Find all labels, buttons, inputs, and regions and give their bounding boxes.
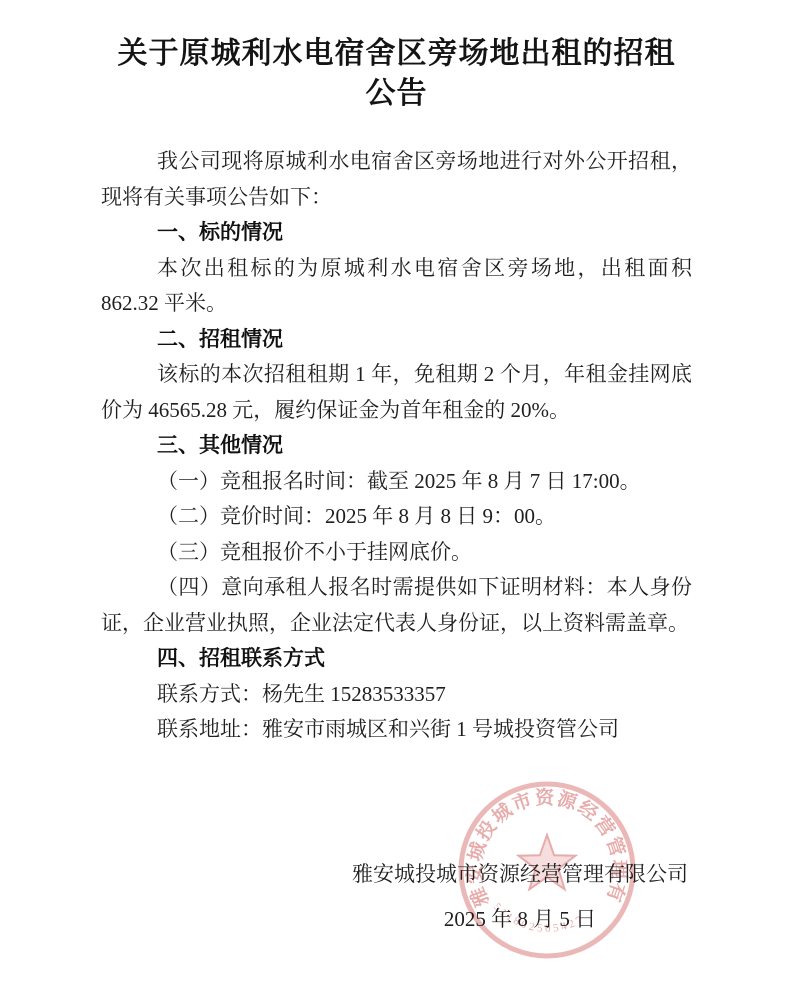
announcement-body: 关于原城利水电宿舍区旁场地出租的招租 公告 我公司现将原城利水电宿舍区旁场地进行…	[101, 34, 692, 748]
contact-address: 联系地址：雅安市雨城区和兴街 1 号城投资管公司	[101, 712, 692, 748]
section1-paragraph: 本次出租标的为原城利水电宿舍区旁场地，出租面积 862.32 平米。	[101, 251, 692, 322]
contact-phone: 联系方式：杨先生 15283533357	[101, 677, 692, 713]
signature-block: 雅安城投城市资源经营管理有限公司 2025 年 8 月 5 日	[352, 852, 688, 942]
section2-paragraph: 该标的本次招租租期 1 年，免租期 2 个月，年租金挂网底价为 46565.28…	[101, 357, 692, 428]
section3-item-3: （三）竞租报价不小于挂网底价。	[101, 535, 692, 571]
page-title: 关于原城利水电宿舍区旁场地出租的招租 公告	[101, 34, 692, 114]
section1-heading: 一、标的情况	[101, 215, 692, 251]
section4-heading: 四、招租联系方式	[101, 641, 692, 677]
section3-item-4: （四）意向承租人报名时需提供如下证明材料：本人身份证，企业营业执照，企业法定代表…	[101, 570, 692, 641]
page-title-line1: 关于原城利水电宿舍区旁场地出租的招租	[118, 37, 676, 70]
section3-item-2: （二）竞价时间：2025 年 8 月 8 日 9：00。	[101, 499, 692, 535]
section3-item-1: （一）竞租报名时间：截至 2025 年 8 月 7 日 17:00。	[101, 464, 692, 500]
intro-paragraph: 我公司现将原城利水电宿舍区旁场地进行对外公开招租，现将有关事项公告如下：	[101, 144, 692, 215]
section3-heading: 三、其他情况	[101, 428, 692, 464]
issue-date: 2025 年 8 月 5 日	[352, 897, 688, 942]
issuer-company-name: 雅安城投城市资源经营管理有限公司	[352, 852, 688, 897]
document-page: 关于原城利水电宿舍区旁场地出租的招租 公告 我公司现将原城利水电宿舍区旁场地进行…	[0, 0, 793, 987]
page-title-line2: 公告	[366, 77, 428, 110]
section2-heading: 二、招租情况	[101, 322, 692, 358]
